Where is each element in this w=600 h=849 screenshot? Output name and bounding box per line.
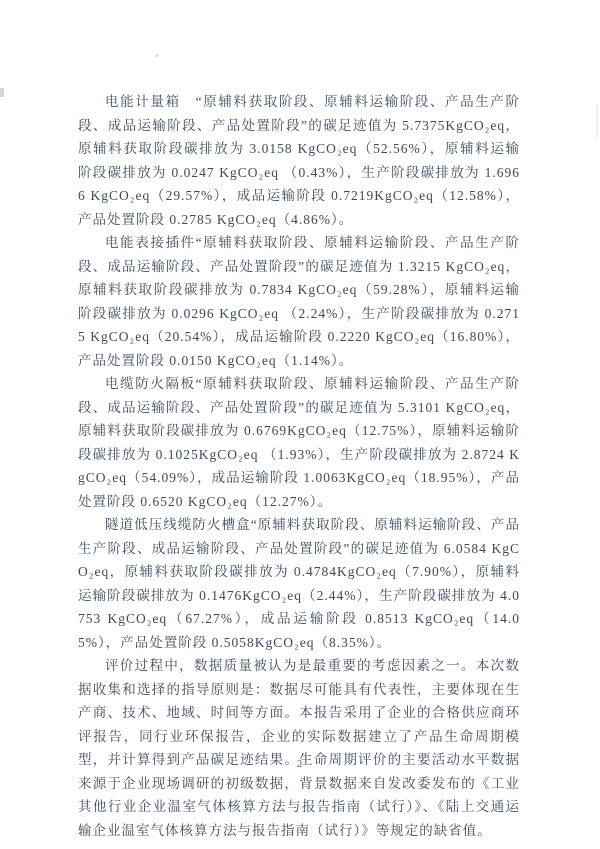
paragraph-electric-meter-box: 电能计量箱 “原辅料获取阶段、原辅料运输阶段、产品生产阶段、成品运输阶段、产品处… [78, 90, 520, 231]
page-number: 2 [0, 758, 600, 770]
scan-speck [0, 88, 4, 97]
paragraph-data-quality: 评价过程中，数据质量被认为是最重要的考虑因素之一。本次数据收集和选择的指导原则是… [78, 654, 520, 842]
document-page: 电能计量箱 “原辅料获取阶段、原辅料运输阶段、产品生产阶段、成品运输阶段、产品处… [0, 0, 600, 849]
paragraph-meter-connector: 电能表接插件“原辅料获取阶段、原辅料运输阶段、产品生产阶段、成品运输阶段、产品处… [78, 231, 520, 372]
scan-speck [155, 54, 159, 57]
paragraph-cable-fireproof-board: 电缆防火隔板“原辅料获取阶段、原辅料运输阶段、产品生产阶段、成品运输阶段、产品处… [78, 372, 520, 513]
paragraph-tunnel-cable-fireproof-tray: 隧道低压线缆防火槽盒“原辅料获取阶段、原辅料运输阶段、产品生产阶段、成品运输阶段… [78, 513, 520, 654]
scan-speck [596, 104, 598, 138]
page-content: 电能计量箱 “原辅料获取阶段、原辅料运输阶段、产品生产阶段、成品运输阶段、产品处… [78, 90, 520, 842]
